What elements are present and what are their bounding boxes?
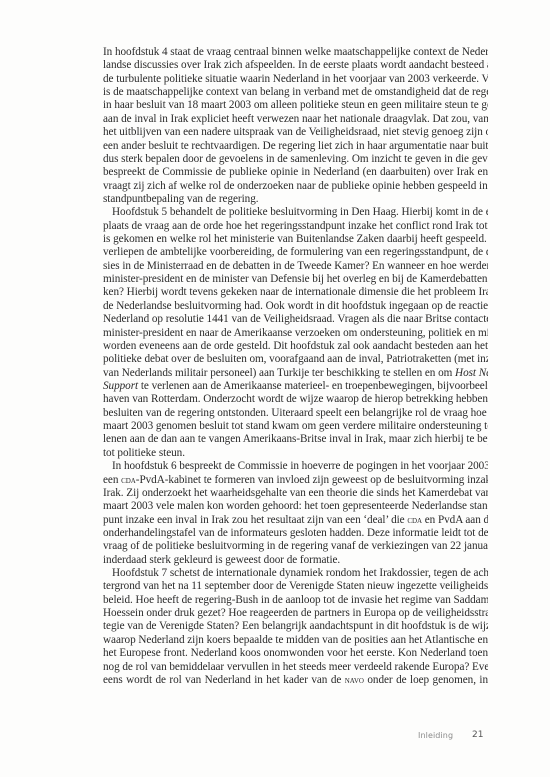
text-segment: Hoessein onder druk gezet? Hoe reageerde… [103, 607, 488, 619]
text-segment: de turbulente politieke situatie waarin … [103, 73, 488, 85]
text-line: bespreekt de Commissie de publieke opini… [103, 166, 488, 179]
text-segment: tergrond van het na 11 september door de… [103, 580, 488, 592]
text-segment: sies in de Ministerraad en de debatten i… [103, 260, 488, 272]
text-line: lenen aan de dan aan te vangen Amerikaan… [103, 433, 488, 446]
small-caps-abbreviation: cda [407, 515, 422, 526]
text-line: het uitblijven van een nadere uitspraak … [103, 126, 488, 139]
text-line: standpuntbepaling van de regering. [103, 193, 488, 206]
text-line: eens wordt de rol van Nederland in het k… [103, 674, 488, 687]
text-segment: onderhandelingstafel van de informateurs… [103, 527, 488, 539]
text-segment: waarop Nederland zijn koers bepaalde te … [103, 634, 488, 646]
text-line: onderhandelingstafel van de informateurs… [103, 527, 488, 540]
text-line: vraagt zij zich af welke rol de onderzoe… [103, 180, 488, 193]
text-segment: het Europese front. Nederland koos onomw… [103, 647, 488, 659]
text-line: haven van Rotterdam. Onderzocht wordt de… [103, 393, 488, 406]
text-line: tegie van de Verenigde Staten? Een belan… [103, 620, 488, 633]
text-line: in haar besluit van 18 maart 2003 om all… [103, 99, 488, 112]
text-segment: In hoofdstuk 6 bespreekt de Commissie in… [112, 460, 488, 472]
text-line: de Nederlandse besluitvorming had. Ook w… [103, 300, 488, 313]
text-segment: verliepen de ambtelijke voorbereiding, d… [103, 246, 488, 258]
text-segment: eens wordt de rol van Nederland in het k… [103, 674, 341, 686]
text-segment: vraagt zij zich af welke rol de onderzoe… [103, 180, 488, 192]
italic-term: Support [103, 380, 138, 392]
text-segment: besluiten van de regering ontstonden. Ui… [103, 407, 488, 419]
text-line: aan de inval in Irak expliciet heeft ver… [103, 113, 488, 126]
text-segment: punt inzake een inval in Irak zou het re… [103, 514, 405, 526]
text-line: Nederland op resolutie 1441 van de Veili… [103, 313, 488, 326]
text-segment: het uitblijven van een nadere uitspraak … [103, 126, 488, 138]
text-line: sies in de Ministerraad en de debatten i… [103, 260, 488, 273]
text-segment: Irak. Zij onderzoekt het waarheidsgehalt… [103, 487, 488, 499]
text-line: is gekomen en welke rol het ministerie v… [103, 233, 488, 246]
text-segment: plaats de vraag aan de orde hoe het rege… [103, 220, 488, 232]
text-segment: een [103, 474, 118, 486]
text-line: punt inzake een inval in Irak zou het re… [103, 514, 488, 527]
text-line: beleid. Hoe heeft de regering-Bush in de… [103, 594, 488, 607]
text-line: In hoofdstuk 4 staat de vraag centraal b… [103, 46, 488, 59]
text-line: Hoofdstuk 7 schetst de internationale dy… [103, 567, 488, 580]
text-segment: onder de loep genomen, in [367, 674, 488, 686]
body-text: In hoofdstuk 4 staat de vraag centraal b… [103, 46, 488, 687]
text-segment: een ander besluit te rechtvaardigen. De … [103, 140, 488, 152]
text-line: In hoofdstuk 6 bespreekt de Commissie in… [103, 460, 488, 473]
text-segment: is de maatschappelijke context van belan… [103, 86, 488, 98]
text-line: een ander besluit te rechtvaardigen. De … [103, 140, 488, 153]
text-segment: Hoofdstuk 7 schetst de internationale dy… [112, 567, 488, 579]
text-line: Irak. Zij onderzoekt het waarheidsgehalt… [103, 487, 488, 500]
text-line: is de maatschappelijke context van belan… [103, 86, 488, 99]
text-segment: minister-president en de minister van De… [103, 273, 488, 285]
text-line: Hoofdstuk 5 behandelt de politieke beslu… [103, 206, 488, 219]
text-segment: vraag of de politieke besluitvorming in … [103, 540, 488, 552]
text-line: verliepen de ambtelijke voorbereiding, d… [103, 246, 488, 259]
text-segment: landse discussies over Irak zich afspeel… [103, 59, 488, 71]
text-segment: en PvdA aan de [425, 514, 488, 526]
text-segment: lenen aan de dan aan te vangen Amerikaan… [103, 433, 488, 445]
italic-term: Host Nation [455, 367, 488, 379]
text-line: maart 2003 genomen besluit tot stand kwa… [103, 420, 488, 433]
text-segment: worden eveneens aan de orde gesteld. Dit… [103, 340, 488, 352]
text-segment: Hoofdstuk 5 behandelt de politieke beslu… [112, 206, 488, 218]
text-segment: politieke debat over de besluiten om, vo… [103, 353, 488, 365]
text-line: een cda-PvdA-kabinet te formeren van inv… [103, 474, 488, 487]
text-segment: nog de rol van bemiddelaar vervullen in … [103, 661, 488, 673]
text-segment: te verlenen aan de Amerikaanse materieel… [141, 380, 488, 392]
text-line: inderdaad sterk gekleurd is geweest door… [103, 554, 488, 567]
text-segment: maart 2003 vele malen kon worden gehoord… [103, 500, 488, 512]
text-segment: dus sterk bepalen door de gevoelens in d… [103, 153, 488, 165]
book-page: In hoofdstuk 4 staat de vraag centraal b… [0, 0, 550, 777]
small-caps-abbreviation: navo [345, 675, 364, 686]
text-line: minister-president en naar de Amerikaans… [103, 327, 488, 340]
text-segment: ken? Hierbij wordt tevens gekeken naar d… [103, 286, 488, 298]
text-line: Hoessein onder druk gezet? Hoe reageerde… [103, 607, 488, 620]
text-line: dus sterk bepalen door de gevoelens in d… [103, 153, 488, 166]
text-segment: bespreekt de Commissie de publieke opini… [103, 166, 488, 178]
text-line: plaats de vraag aan de orde hoe het rege… [103, 220, 488, 233]
text-line: tot politieke steun. [103, 447, 488, 460]
text-line: tergrond van het na 11 september door de… [103, 580, 488, 593]
text-segment: haven van Rotterdam. Onderzocht wordt de… [103, 393, 488, 405]
text-line: waarop Nederland zijn koers bepaalde te … [103, 634, 488, 647]
text-segment: in haar besluit van 18 maart 2003 om all… [103, 99, 488, 111]
text-line: de turbulente politieke situatie waarin … [103, 73, 488, 86]
text-line: ken? Hierbij wordt tevens gekeken naar d… [103, 286, 488, 299]
text-line: minister-president en de minister van De… [103, 273, 488, 286]
text-segment: maart 2003 genomen besluit tot stand kwa… [103, 420, 488, 432]
small-caps-abbreviation: cda [121, 475, 136, 486]
running-title: Inleiding [418, 731, 453, 740]
text-segment: In hoofdstuk 4 staat de vraag centraal b… [103, 46, 488, 58]
text-segment: tot politieke steun. [103, 447, 185, 459]
text-segment: van Nederlands militair personeel) aan T… [103, 367, 452, 379]
page-number: 21 [472, 730, 483, 740]
text-segment: de Nederlandse besluitvorming had. Ook w… [103, 300, 488, 312]
text-segment: -PvdA-kabinet te formeren van invloed zi… [136, 474, 488, 486]
text-line: nog de rol van bemiddelaar vervullen in … [103, 661, 488, 674]
text-line: landse discussies over Irak zich afspeel… [103, 59, 488, 72]
text-segment: beleid. Hoe heeft de regering-Bush in de… [103, 594, 488, 606]
text-line: van Nederlands militair personeel) aan T… [103, 367, 488, 380]
text-segment: inderdaad sterk gekleurd is geweest door… [103, 554, 340, 566]
text-line: vraag of de politieke besluitvorming in … [103, 540, 488, 553]
text-line: besluiten van de regering ontstonden. Ui… [103, 407, 488, 420]
text-line: worden eveneens aan de orde gesteld. Dit… [103, 340, 488, 353]
text-line: politieke debat over de besluiten om, vo… [103, 353, 488, 366]
text-segment: tegie van de Verenigde Staten? Een belan… [103, 620, 488, 632]
text-segment: aan de inval in Irak expliciet heeft ver… [103, 113, 488, 125]
text-line: het Europese front. Nederland koos onomw… [103, 647, 488, 660]
text-segment: Nederland op resolutie 1441 van de Veili… [103, 313, 488, 325]
text-segment: is gekomen en welke rol het ministerie v… [103, 233, 488, 245]
text-segment: standpuntbepaling van de regering. [103, 193, 259, 205]
text-line: Support te verlenen aan de Amerikaanse m… [103, 380, 488, 393]
text-line: maart 2003 vele malen kon worden gehoord… [103, 500, 488, 513]
text-segment: minister-president en naar de Amerikaans… [103, 327, 488, 339]
